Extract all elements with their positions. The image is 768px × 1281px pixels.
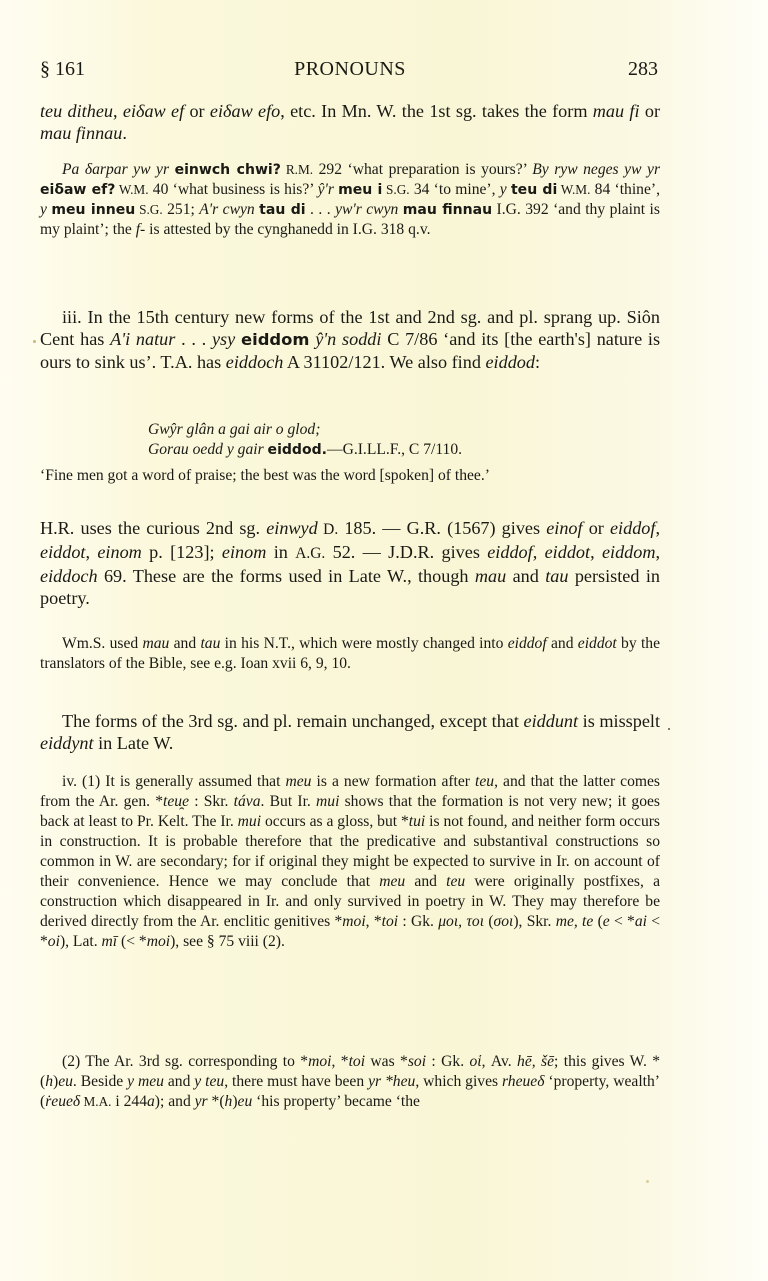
italic-form: tui [409,813,425,830]
italic-form: mī [102,933,118,950]
text: 1st [429,101,450,121]
text: , * [331,1053,348,1070]
italic-form: ysy [212,329,241,349]
italic-form: ṙeueδ [45,1093,80,1110]
text: , Av. [482,1053,517,1070]
text: in [266,542,295,562]
source-abbrev: S.G. [135,202,162,217]
text: iv. (1) It is generally assumed that [62,773,285,790]
text: 84 ‘thine’, [590,181,660,198]
text: 251; [163,201,200,218]
welsh-form: mau fi [593,101,640,121]
text: The forms of the 3rd sg. and pl. remain … [62,711,524,731]
italic-form: mui [316,793,339,810]
text: or [184,101,210,121]
text: and [169,635,200,652]
text: ( [593,913,602,930]
welsh-quote: meu inneu [51,202,135,218]
page-title: PRONOUNS [40,58,660,81]
text: or [583,518,610,538]
welsh-quote: teu di [511,182,557,198]
italic-form: moi [308,1053,331,1070]
italic-form: Gorau oedd y gair [148,441,268,458]
italic-form: meu [285,773,311,790]
italic-form: By ryw neges yw yr [532,161,660,178]
italic-form: h [45,1073,53,1090]
source-abbrev: D. [318,521,338,538]
italic-form: einwyd [266,518,318,538]
text: . . . [175,329,212,349]
welsh-quote: tau di [259,202,305,218]
text: is attested by the cynghanedd in I.G. 31… [145,221,430,238]
italic-form: hē, šē [517,1053,554,1070]
text: and [547,635,578,652]
text: Wm.S. used [62,635,142,652]
text: , * [366,913,382,930]
text: and [405,873,446,890]
welsh-quote: eiδaw ef? [40,182,115,198]
italic-form: μοι, τοι [438,913,484,930]
text: . But Ir. [261,793,316,810]
text: is a new formation after [311,773,475,790]
text: , there must have been [224,1073,368,1090]
welsh-form: teu ditheu [40,101,113,121]
paragraph-wms: Wm.S. used mau and tau in his N.T., whic… [40,634,660,674]
italic-form: mau [142,635,169,652]
paragraph-third-person: The forms of the 3rd sg. and pl. remain … [40,710,660,754]
italic-form: yr *heu [368,1073,415,1090]
text: ‘his property’ became ‘the [252,1093,420,1110]
welsh-quote: mau finnau [403,202,492,218]
text: ), Lat. [60,933,102,950]
text: , [533,542,545,562]
italic-form: yr [195,1093,208,1110]
text: H.R. uses the curious 2nd sg. [40,518,266,538]
text: 52. — J.D.R. gives [325,542,487,562]
italic-form: eu [58,1073,73,1090]
source-abbrev: R.M. [281,162,313,177]
italic-form: eiddot [578,635,617,652]
italic-form: eu [238,1093,253,1110]
italic-form: oi [48,933,60,950]
italic-form: eiddof [610,518,655,538]
verse-quotation: Gwŷr glân a gai air o glod; Gorau oedd y… [148,420,462,460]
text: occurs as a gloss, but * [261,813,409,830]
italic-form: ŷ'n soddi [315,329,381,349]
text: ( [484,913,493,930]
italic-form: tau [200,635,220,652]
italic-form: y [40,201,51,218]
text: A 31102/121. We also find [283,352,485,372]
italic-form: mau [475,566,506,586]
italic-form: soi [408,1053,426,1070]
text: < * [610,913,635,930]
text: is misspelt [578,711,660,731]
paragraph-continuation: teu ditheu, eiδaw ef or eiδaw efo, etc. … [40,100,660,144]
italic-form: eiddof [487,542,532,562]
text: 40 ‘what business is his?’ [149,181,318,198]
examples-paragraph: Pa δarpar yw yr einwch chwi? R.M. 292 ‘w… [40,160,660,240]
paragraph-iv-1: iv. (1) It is generally assumed that meu… [40,772,660,952]
italic-form: A'i natur [110,329,175,349]
verse-line-2: Gorau oedd y gair eiddod.—G.I.LL.F., C 7… [148,440,462,460]
text: 185. — G.R. (1567) gives [338,518,546,538]
page-number: 283 [628,58,658,81]
italic-form: einom [222,542,266,562]
paragraph-late-forms: H.R. uses the curious 2nd sg. einwyd D. … [40,517,660,609]
welsh-quote: eiddom [241,330,309,349]
text: . Beside [73,1073,127,1090]
italic-form: οἱ [469,1053,481,1070]
text: 34 ‘to mine’, [410,181,500,198]
italic-form: einom [97,542,141,562]
text: or [640,101,660,121]
text: *( [208,1093,225,1110]
text: 292 ‘what preparation is yours?’ [313,161,532,178]
welsh-form: eiδaw ef [123,101,184,121]
italic-form: eiddynt [40,733,94,753]
source-abbrev: W.M. [557,182,590,197]
text: ‘Fine men got a word of praise; the best… [40,467,490,484]
source-abbrev: S.G. [382,182,409,197]
text: i 244 [111,1093,147,1110]
text: in Late W. [94,733,174,753]
text: , [656,542,661,562]
text: , [590,542,602,562]
italic-form: mui [238,813,261,830]
italic-form: y meu [127,1073,164,1090]
italic-form: teu̯e [163,793,189,810]
paper-speck [668,728,670,730]
italic-form: eiddoch [40,566,98,586]
italic-form: σοι [494,913,514,930]
italic-form: eiddoch [226,352,284,372]
italic-form: eiddom [602,542,656,562]
text: , [85,542,97,562]
italic-form: Gwŷr glân a gai air o glod; [148,421,320,438]
text: and [506,566,545,586]
italic-form: f- [136,221,146,238]
italic-form: A'r cwyn [199,201,259,218]
source-abbrev: A.G. [295,545,325,562]
italic-form: moi [147,933,170,950]
italic-form: toi [349,1053,365,1070]
italic-form: ai [635,913,647,930]
text: ); and [155,1093,195,1110]
text: : [535,352,540,372]
italic-form: moi [342,913,365,930]
source-abbrev: W.M. [115,182,148,197]
welsh-form: mau finnau [40,123,122,143]
welsh-form: eiδaw efo [210,101,280,121]
italic-form: yw'r cwyn [335,201,403,218]
text: and [164,1073,194,1090]
italic-form: einof [546,518,582,538]
text: (< * [117,933,147,950]
italic-form: meu [379,873,405,890]
italic-form: eiddot [545,542,590,562]
text: , [655,518,660,538]
text: ), Skr. [513,913,555,930]
italic-form: eiddof [508,635,547,652]
paper-speck [33,340,36,343]
text: —G.I.LL.F., C 7/110. [327,441,462,458]
text: . . . [306,201,335,218]
italic-form: teu [475,773,494,790]
paper-speck [646,1180,649,1183]
text: (2) The Ar. 3rd sg. corresponding to * [62,1053,308,1070]
source-abbrev: M.A. [80,1094,111,1109]
italic-form: eiddod [485,352,535,372]
text: p. [123]; [142,542,222,562]
italic-form: teu [446,873,465,890]
italic-form: e [603,913,610,930]
text: : Gk. [398,913,438,930]
italic-form: y [500,181,511,198]
text: . [122,123,127,143]
text: in his N.T., which were mostly changed i… [220,635,507,652]
welsh-quote: einwch chwi? [175,162,281,178]
text: , etc. In Mn. W. the [280,101,429,121]
italic-form: a [147,1093,155,1110]
text: ), see § 75 viii (2). [170,933,285,950]
text: : Skr. [189,793,234,810]
italic-form: me, te [556,913,594,930]
text: was * [365,1053,408,1070]
italic-form: Pa δarpar yw yr [62,161,175,178]
verse-line-1: Gwŷr glân a gai air o glod; [148,420,462,440]
running-header: § 161 PRONOUNS 283 [40,58,660,82]
text: : Gk. [426,1053,469,1070]
italic-form: rheueδ [502,1073,544,1090]
italic-form: eiddot [40,542,85,562]
text: 69. These are the forms used in Late W.,… [98,566,475,586]
italic-form: táva [234,793,261,810]
text: , which gives [415,1073,502,1090]
italic-form: y teu [194,1073,224,1090]
paragraph-iii: iii. In the 15th century new forms of th… [40,306,660,373]
italic-form: toi [382,913,398,930]
text: sg. takes the form [451,101,593,121]
welsh-quote: meu i [338,182,382,198]
italic-form: tau [545,566,568,586]
italic-form: eiddunt [524,711,579,731]
paragraph-iv-2: (2) The Ar. 3rd sg. corresponding to *mo… [40,1052,660,1112]
text: , [113,101,123,121]
welsh-quote: eiddod. [268,442,327,458]
verse-translation: ‘Fine men got a word of praise; the best… [40,466,660,486]
italic-form: ŷ'r [318,181,339,198]
